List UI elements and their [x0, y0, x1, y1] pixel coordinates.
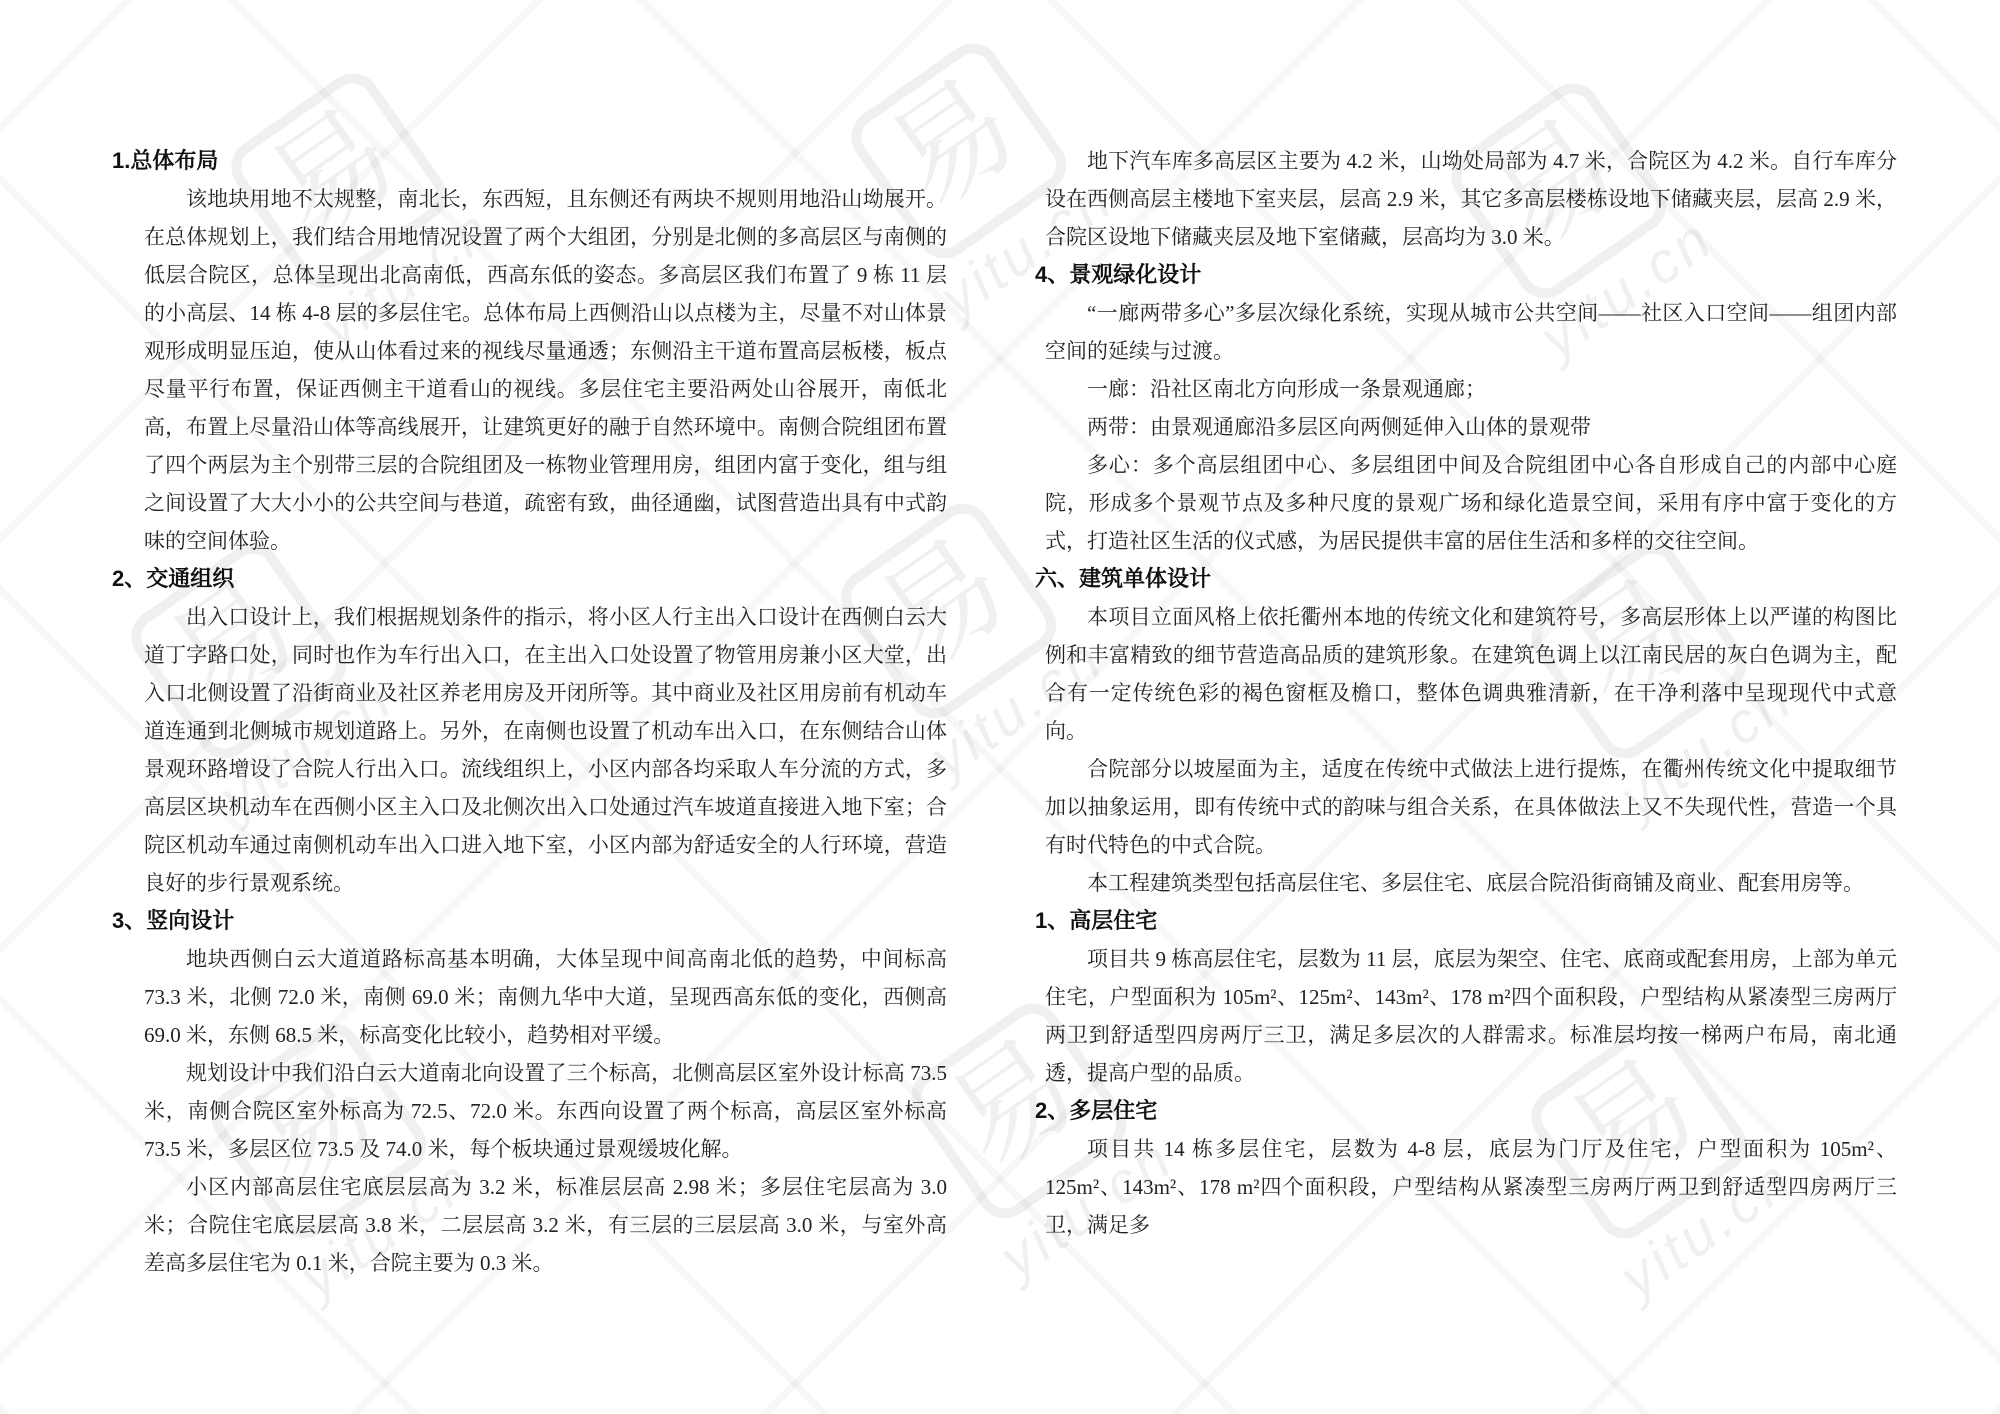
section-heading: 3、竖向设计 [112, 902, 947, 940]
paragraph: 合院部分以坡屋面为主，适度在传统中式做法上进行提炼，在衢州传统文化中提取细节加以… [1045, 750, 1897, 864]
paragraph: 项目共 14 栋多层住宅，层数为 4-8 层，底层为门厅及住宅，户型面积为 10… [1045, 1130, 1897, 1244]
paragraph: 多心：多个高层组团中心、多层组团中间及合院组团中心各自形成自己的内部中心庭院，形… [1045, 446, 1897, 560]
paragraph: 该地块用地不太规整，南北长，东西短，且东侧还有两块不规则用地沿山坳展开。在总体规… [144, 180, 947, 560]
paragraph: 规划设计中我们沿白云大道南北向设置了三个标高，北侧高层区室外设计标高 73.5 … [144, 1054, 947, 1168]
paragraph: 本项目立面风格上依托衢州本地的传统文化和建筑符号，多高层形体上以严谨的构图比例和… [1045, 598, 1897, 750]
right-text-column: 地下汽车库多高层区主要为 4.2 米，山坳处局部为 4.7 米，合院区为 4.2… [1035, 142, 1897, 1244]
paragraph: 项目共 9 栋高层住宅，层数为 11 层，底层为架空、住宅、底商或配套用房，上部… [1045, 940, 1897, 1092]
paragraph: 本工程建筑类型包括高层住宅、多层住宅、底层合院沿街商铺及商业、配套用房等。 [1045, 864, 1897, 902]
paragraph: 小区内部高层住宅底层层高为 3.2 米，标准层层高 2.98 米；多层住宅层高为… [144, 1168, 947, 1282]
section-heading: 2、交通组织 [112, 560, 947, 598]
section-heading: 1、高层住宅 [1035, 902, 1897, 940]
paragraph: 地下汽车库多高层区主要为 4.2 米，山坳处局部为 4.7 米，合院区为 4.2… [1045, 142, 1897, 256]
section-heading: 1.总体布局 [112, 142, 947, 180]
section-heading: 2、多层住宅 [1035, 1092, 1897, 1130]
paragraph: 两带：由景观通廊沿多层区向两侧延伸入山体的景观带 [1045, 408, 1897, 446]
left-text-column: 1.总体布局该地块用地不太规整，南北长，东西短，且东侧还有两块不规则用地沿山坳展… [112, 142, 947, 1282]
paragraph: 地块西侧白云大道道路标高基本明确，大体呈现中间高南北低的趋势，中间标高 73.3… [144, 940, 947, 1054]
section-heading: 4、景观绿化设计 [1035, 256, 1897, 294]
section-heading: 六、建筑单体设计 [1035, 560, 1897, 598]
paragraph: “一廊两带多心”多层次绿化系统，实现从城市公共空间——社区入口空间——组团内部空… [1045, 294, 1897, 370]
paragraph: 出入口设计上，我们根据规划条件的指示，将小区人行主出入口设计在西侧白云大道丁字路… [144, 598, 947, 902]
paragraph: 一廊：沿社区南北方向形成一条景观通廊； [1045, 370, 1897, 408]
